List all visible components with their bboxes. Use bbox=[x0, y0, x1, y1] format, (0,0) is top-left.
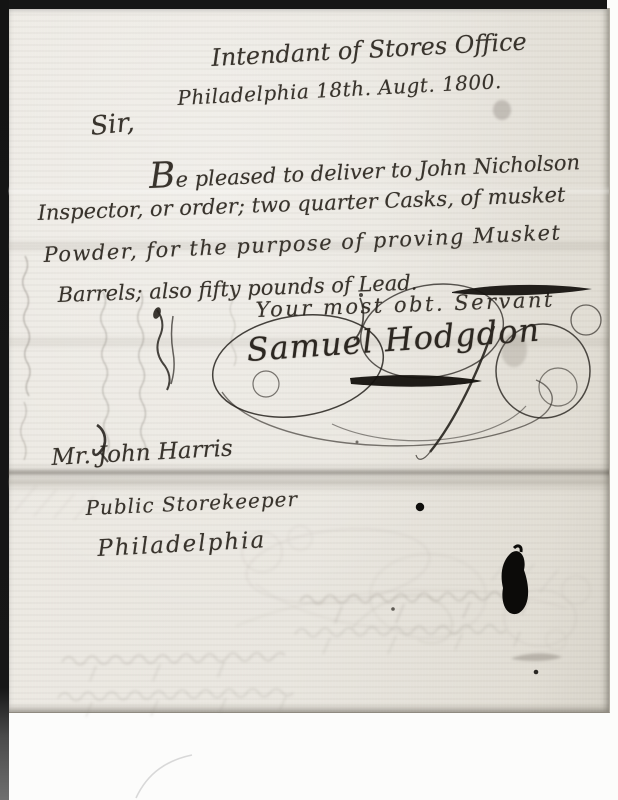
salutation: Sir, bbox=[89, 110, 136, 142]
scanner-border-top bbox=[0, 0, 607, 9]
scanner-bed-scratch bbox=[136, 755, 192, 798]
scanned-letter-page: Intendant of Stores Office Philadelphia … bbox=[0, 0, 618, 800]
scanner-border-left bbox=[0, 0, 9, 800]
